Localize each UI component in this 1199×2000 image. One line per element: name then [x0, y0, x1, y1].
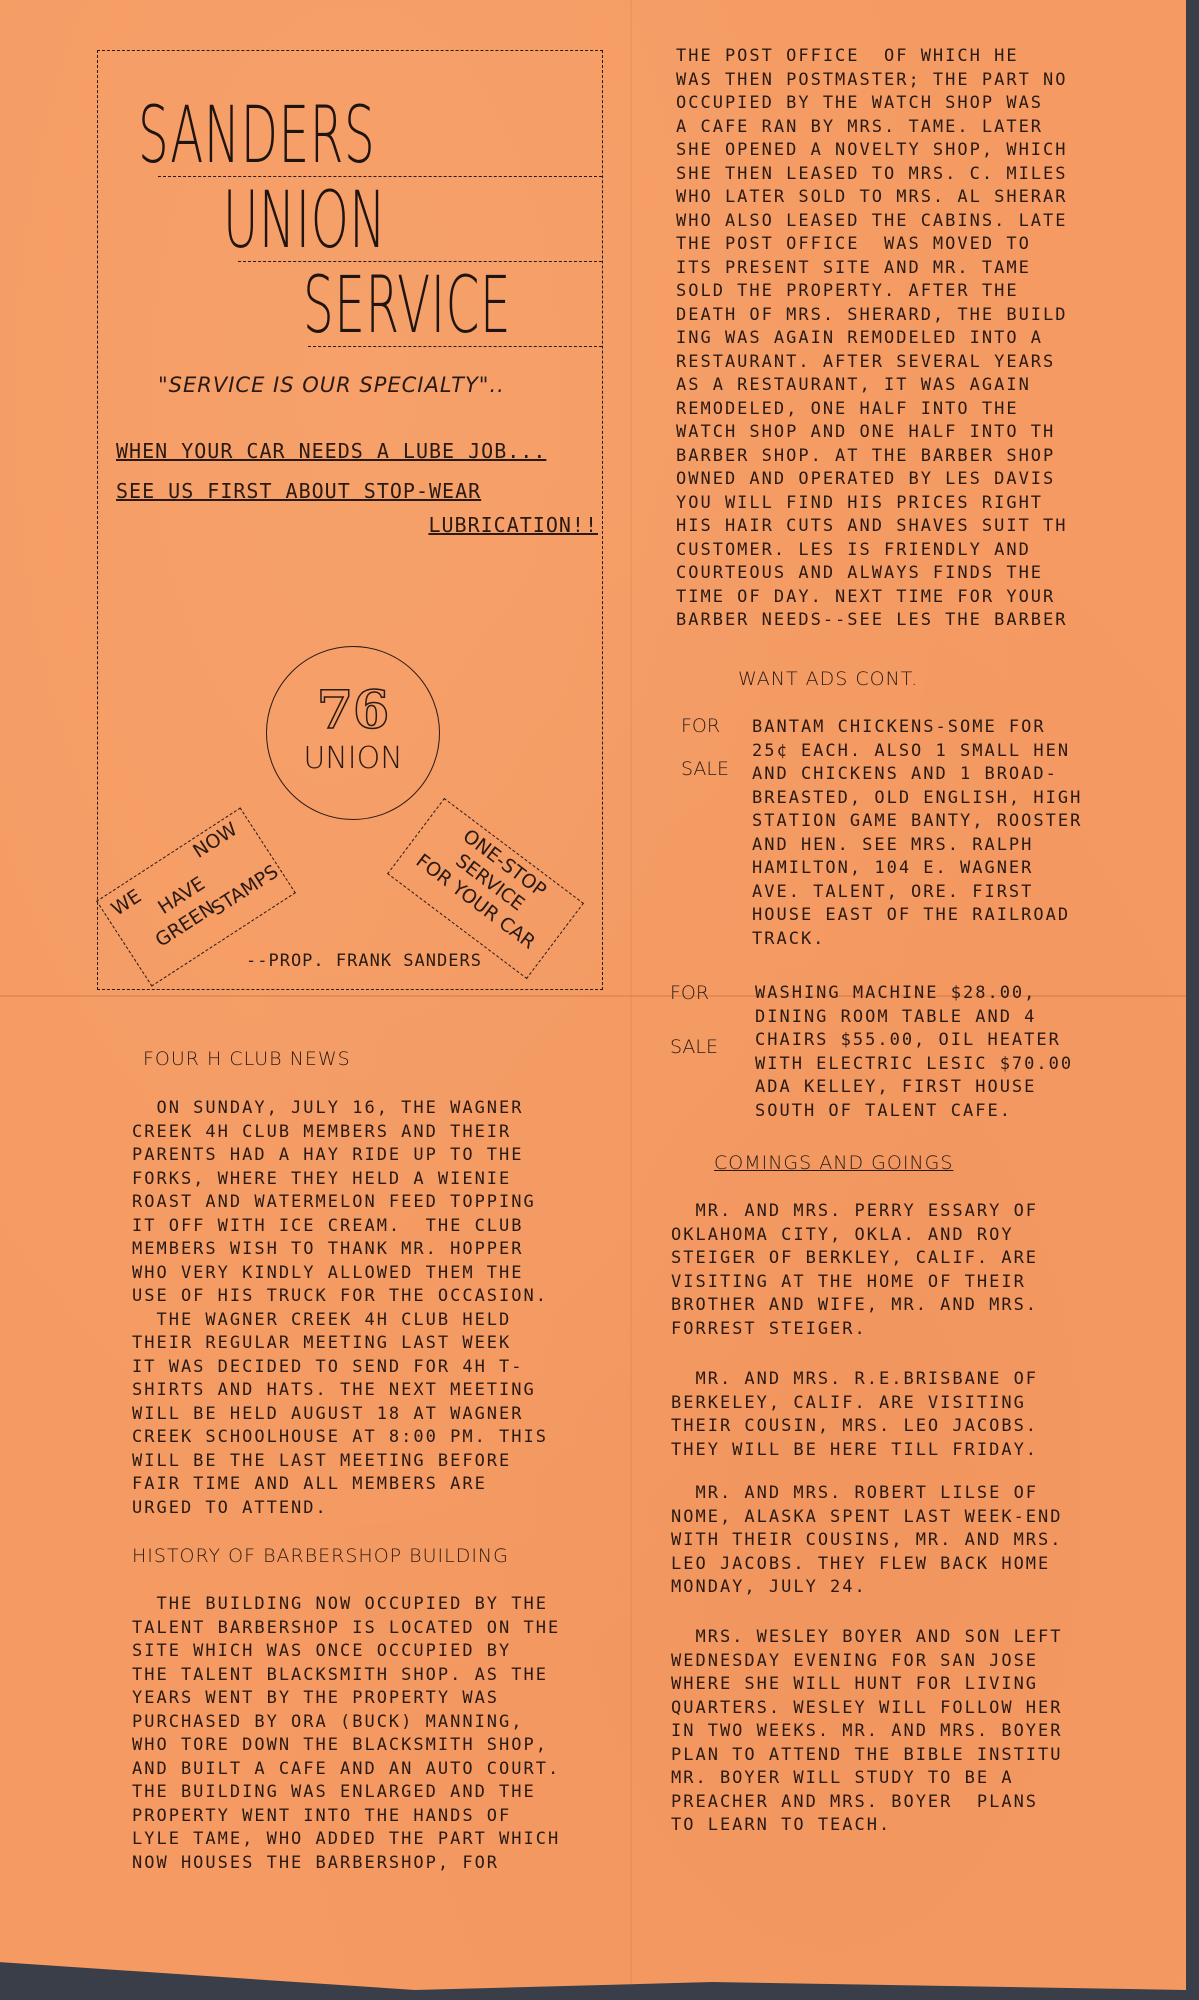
- text-line: SHE THEN LEASED TO MRS. C. MILES: [676, 163, 1068, 187]
- text-line: SITE WHICH WAS ONCE OCCUPIED BY: [132, 1640, 560, 1664]
- text-line: FORKS, WHERE THEY HELD A WIENIE: [132, 1168, 548, 1192]
- comings-goings-item: MR. AND MRS. ROBERT LILSE OFNOME, ALASKA…: [671, 1482, 1063, 1600]
- text-line: PREACHER AND MRS. BOYER PLANS: [671, 1791, 1063, 1815]
- text-line: LEO JACOBS. THEY FLEW BACK HOME: [671, 1553, 1063, 1577]
- fold-crease-vertical: [630, 0, 632, 1990]
- want-ad-chickens: BANTAM CHICKENS-SOME FOR25¢ EACH. ALSO 1…: [752, 716, 1082, 951]
- text-line: WHERE SHE WILL HUNT FOR LIVING: [671, 1673, 1063, 1697]
- text-line: BARBER SHOP. AT THE BARBER SHOP: [676, 445, 1068, 469]
- text-line: 25¢ EACH. ALSO 1 SMALL HEN: [752, 740, 1082, 764]
- text-line: THE BUILDING NOW OCCUPIED BY THE: [132, 1593, 560, 1617]
- text-line: MRS. WESLEY BOYER AND SON LEFT: [671, 1626, 1063, 1650]
- text-line: LYLE TAME, WHO ADDED THE PART WHICH: [132, 1828, 560, 1852]
- text-line: FAIR TIME AND ALL MEMBERS ARE: [132, 1473, 548, 1497]
- text-line: WATCH SHOP AND ONE HALF INTO TH: [676, 421, 1068, 445]
- text-line: AND BUILT A CAFE AND AN AUTO COURT.: [132, 1758, 560, 1782]
- four-h-article: ON SUNDAY, JULY 16, THE WAGNERCREEK 4H C…: [132, 1097, 548, 1520]
- text-line: STEIGER OF BERKLEY, CALIF. ARE: [671, 1247, 1038, 1271]
- text-line: THE TALENT BLACKSMITH SHOP. AS THE: [132, 1664, 560, 1688]
- text-line: WHO ALSO LEASED THE CABINS. LATE: [676, 210, 1068, 234]
- text-line: THEY WILL BE HERE TILL FRIDAY.: [671, 1439, 1038, 1463]
- four-h-heading: FOUR H CLUB NEWS: [143, 1048, 351, 1070]
- stamp-text: STAMPS: [207, 861, 283, 922]
- text-line: PURCHASED BY ORA (BUCK) MANNING,: [132, 1711, 560, 1735]
- text-line: NOME, ALASKA SPENT LAST WEEK-END: [671, 1506, 1063, 1530]
- text-line: ADA KELLEY, FIRST HOUSE: [755, 1076, 1073, 1100]
- text-line: AS A RESTAURANT, IT WAS AGAIN: [676, 374, 1068, 398]
- text-line: HAMILTON, 104 E. WAGNER: [752, 857, 1082, 881]
- for-sale-label: FOR: [681, 715, 720, 737]
- text-line: WITH ELECTRIC LESIC $70.00: [755, 1053, 1073, 1077]
- text-line: DEATH OF MRS. SHERARD, THE BUILD: [676, 304, 1068, 328]
- comings-goings-item: MRS. WESLEY BOYER AND SON LEFTWEDNESDAY …: [671, 1626, 1063, 1838]
- text-line: DINING ROOM TABLE AND 4: [755, 1006, 1073, 1030]
- text-line: OWNED AND OPERATED BY LES DAVIS: [676, 468, 1068, 492]
- want-ads-heading: WANT ADS CONT.: [738, 668, 918, 690]
- text-line: HOUSE EAST OF THE RAILROAD: [752, 904, 1082, 928]
- text-line: BERKELEY, CALIF. ARE VISITING: [671, 1392, 1038, 1416]
- want-ad-furniture: WASHING MACHINE $28.00,DINING ROOM TABLE…: [755, 982, 1073, 1123]
- text-line: THEIR REGULAR MEETING LAST WEEK: [132, 1332, 548, 1356]
- logo-number: 76: [267, 685, 439, 737]
- divider: [308, 346, 602, 347]
- text-line: WHO TORE DOWN THE BLACKSMITH SHOP,: [132, 1734, 560, 1758]
- text-line: THE BUILDING WAS ENLARGED AND THE: [132, 1781, 560, 1805]
- comings-goings-heading: COMINGS AND GOINGS: [714, 1152, 953, 1174]
- text-line: COURTEOUS AND ALWAYS FINDS THE: [676, 562, 1068, 586]
- union-76-logo: 76 UNION: [266, 646, 440, 820]
- text-line: FORREST STEIGER.: [671, 1318, 1038, 1342]
- text-line: IT OFF WITH ICE CREAM. THE CLUB: [132, 1215, 548, 1239]
- text-line: QUARTERS. WESLEY WILL FOLLOW HER: [671, 1697, 1063, 1721]
- text-line: THE WAGNER CREEK 4H CLUB HELD: [132, 1309, 548, 1333]
- text-line: YOU WILL FIND HIS PRICES RIGHT: [676, 492, 1068, 516]
- ad-title-line-3: SERVICE: [303, 261, 511, 351]
- text-line: IN TWO WEEKS. MR. AND MRS. BOYER: [671, 1720, 1063, 1744]
- ad-title-line-2: UNION: [223, 176, 386, 266]
- for-sale-label: FOR: [670, 982, 709, 1004]
- text-line: BARBER NEEDS--SEE LES THE BARBER: [676, 609, 1068, 633]
- text-line: USE OF HIS TRUCK FOR THE OCCASION.: [132, 1285, 548, 1309]
- text-line: MONDAY, JULY 24.: [671, 1576, 1063, 1600]
- text-line: WHO VERY KINDLY ALLOWED THEM THE: [132, 1262, 548, 1286]
- text-line: WASHING MACHINE $28.00,: [755, 982, 1073, 1006]
- text-line: IT WAS DECIDED TO SEND FOR 4H T-: [132, 1356, 548, 1380]
- text-line: CUSTOMER. LES IS FRIENDLY AND: [676, 539, 1068, 563]
- text-line: OCCUPIED BY THE WATCH SHOP WAS: [676, 92, 1068, 116]
- text-line: WILL BE THE LAST MEETING BEFORE: [132, 1450, 548, 1474]
- text-line: CREEK SCHOOLHOUSE AT 8:00 PM. THIS: [132, 1426, 548, 1450]
- text-line: WEDNESDAY EVENING FOR SAN JOSE: [671, 1650, 1063, 1674]
- text-line: MR. AND MRS. ROBERT LILSE OF: [671, 1482, 1063, 1506]
- text-line: ON SUNDAY, JULY 16, THE WAGNER: [132, 1097, 548, 1121]
- for-sale-label: SALE: [681, 758, 729, 780]
- text-line: SHE OPENED A NOVELTY SHOP, WHICH: [676, 139, 1068, 163]
- proprietor-credit: --PROP. FRANK SANDERS: [246, 951, 482, 971]
- text-line: WILL BE HELD AUGUST 18 AT WAGNER: [132, 1403, 548, 1427]
- text-line: SOLD THE PROPERTY. AFTER THE: [676, 280, 1068, 304]
- text-line: THE POST OFFICE OF WHICH HE: [676, 45, 1068, 69]
- text-line: SHIRTS AND HATS. THE NEXT MEETING: [132, 1379, 548, 1403]
- text-line: STATION GAME BANTY, ROOSTER: [752, 810, 1082, 834]
- comings-goings-item: MR. AND MRS. R.E.BRISBANE OFBERKELEY, CA…: [671, 1368, 1038, 1462]
- text-line: ING WAS AGAIN REMODELED INTO A: [676, 327, 1068, 351]
- barbershop-history-article: THE BUILDING NOW OCCUPIED BY THETALENT B…: [132, 1593, 560, 1875]
- ad-slogan: "SERVICE IS OUR SPECIALTY"..: [158, 373, 505, 397]
- text-line: AND HEN. SEE MRS. RALPH: [752, 834, 1082, 858]
- text-line: CREEK 4H CLUB MEMBERS AND THEIR: [132, 1121, 548, 1145]
- text-line: PROPERTY WENT INTO THE HANDS OF: [132, 1805, 560, 1829]
- barbershop-history-heading: HISTORY OF BARBERSHOP BUILDING: [132, 1545, 509, 1567]
- text-line: YEARS WENT BY THE PROPERTY WAS: [132, 1687, 560, 1711]
- text-line: MR. AND MRS. R.E.BRISBANE OF: [671, 1368, 1038, 1392]
- text-line: HIS HAIR CUTS AND SHAVES SUIT TH: [676, 515, 1068, 539]
- stamp-text: NOW: [189, 818, 242, 864]
- text-line: THEIR COUSIN, MRS. LEO JACOBS.: [671, 1415, 1038, 1439]
- ad-lube-line-2: SEE US FIRST ABOUT STOP-WEAR: [116, 479, 481, 503]
- text-line: CHAIRS $55.00, OIL HEATER: [755, 1029, 1073, 1053]
- text-line: RESTAURANT. AFTER SEVERAL YEARS: [676, 351, 1068, 375]
- sanders-union-ad: SANDERS UNION SERVICE "SERVICE IS OUR SP…: [97, 50, 603, 990]
- text-line: NOW HOUSES THE BARBERSHOP, FOR: [132, 1852, 560, 1876]
- stamp-text: WE: [107, 885, 146, 922]
- text-line: TO LEARN TO TEACH.: [671, 1814, 1063, 1838]
- text-line: MR. BOYER WILL STUDY TO BE A: [671, 1767, 1063, 1791]
- text-line: THE POST OFFICE WAS MOVED TO: [676, 233, 1068, 257]
- text-line: BROTHER AND WIFE, MR. AND MRS.: [671, 1294, 1038, 1318]
- text-line: A CAFE RAN BY MRS. TAME. LATER: [676, 116, 1068, 140]
- text-line: TRACK.: [752, 928, 1082, 952]
- ad-title-line-1: SANDERS: [138, 91, 375, 181]
- text-line: MEMBERS WISH TO THANK MR. HOPPER: [132, 1238, 548, 1262]
- text-line: WITH THEIR COUSINS, MR. AND MRS.: [671, 1529, 1063, 1553]
- text-line: ROAST AND WATERMELON FEED TOPPING: [132, 1191, 548, 1215]
- text-line: WAS THEN POSTMASTER; THE PART NO: [676, 69, 1068, 93]
- ad-lube-line-1: WHEN YOUR CAR NEEDS A LUBE JOB...: [116, 439, 546, 463]
- logo-word: UNION: [267, 741, 439, 776]
- text-line: VISITING AT THE HOME OF THEIR: [671, 1271, 1038, 1295]
- newsletter-page: SANDERS UNION SERVICE "SERVICE IS OUR SP…: [0, 0, 1186, 1990]
- text-line: OKLAHOMA CITY, OKLA. AND ROY: [671, 1224, 1038, 1248]
- text-line: PARENTS HAD A HAY RIDE UP TO THE: [132, 1144, 548, 1168]
- for-sale-label: SALE: [670, 1036, 718, 1058]
- text-line: SOUTH OF TALENT CAFE.: [755, 1100, 1073, 1124]
- barbershop-history-continued: THE POST OFFICE OF WHICH HEWAS THEN POST…: [676, 45, 1068, 633]
- ad-lube-line-3: LUBRICATION!!: [428, 513, 598, 537]
- text-line: URGED TO ATTEND.: [132, 1497, 548, 1521]
- text-line: ITS PRESENT SITE AND MR. TAME: [676, 257, 1068, 281]
- text-line: TIME OF DAY. NEXT TIME FOR YOUR: [676, 586, 1068, 610]
- text-line: BREASTED, OLD ENGLISH, HIGH: [752, 787, 1082, 811]
- text-line: AND CHICKENS AND 1 BROAD-: [752, 763, 1082, 787]
- text-line: AVE. TALENT, ORE. FIRST: [752, 881, 1082, 905]
- text-line: PLAN TO ATTEND THE BIBLE INSTITU: [671, 1744, 1063, 1768]
- text-line: REMODELED, ONE HALF INTO THE: [676, 398, 1068, 422]
- text-line: WHO LATER SOLD TO MRS. AL SHERAR: [676, 186, 1068, 210]
- comings-goings-item: MR. AND MRS. PERRY ESSARY OFOKLAHOMA CIT…: [671, 1200, 1038, 1341]
- text-line: BANTAM CHICKENS-SOME FOR: [752, 716, 1082, 740]
- text-line: MR. AND MRS. PERRY ESSARY OF: [671, 1200, 1038, 1224]
- text-line: TALENT BARBERSHOP IS LOCATED ON THE: [132, 1617, 560, 1641]
